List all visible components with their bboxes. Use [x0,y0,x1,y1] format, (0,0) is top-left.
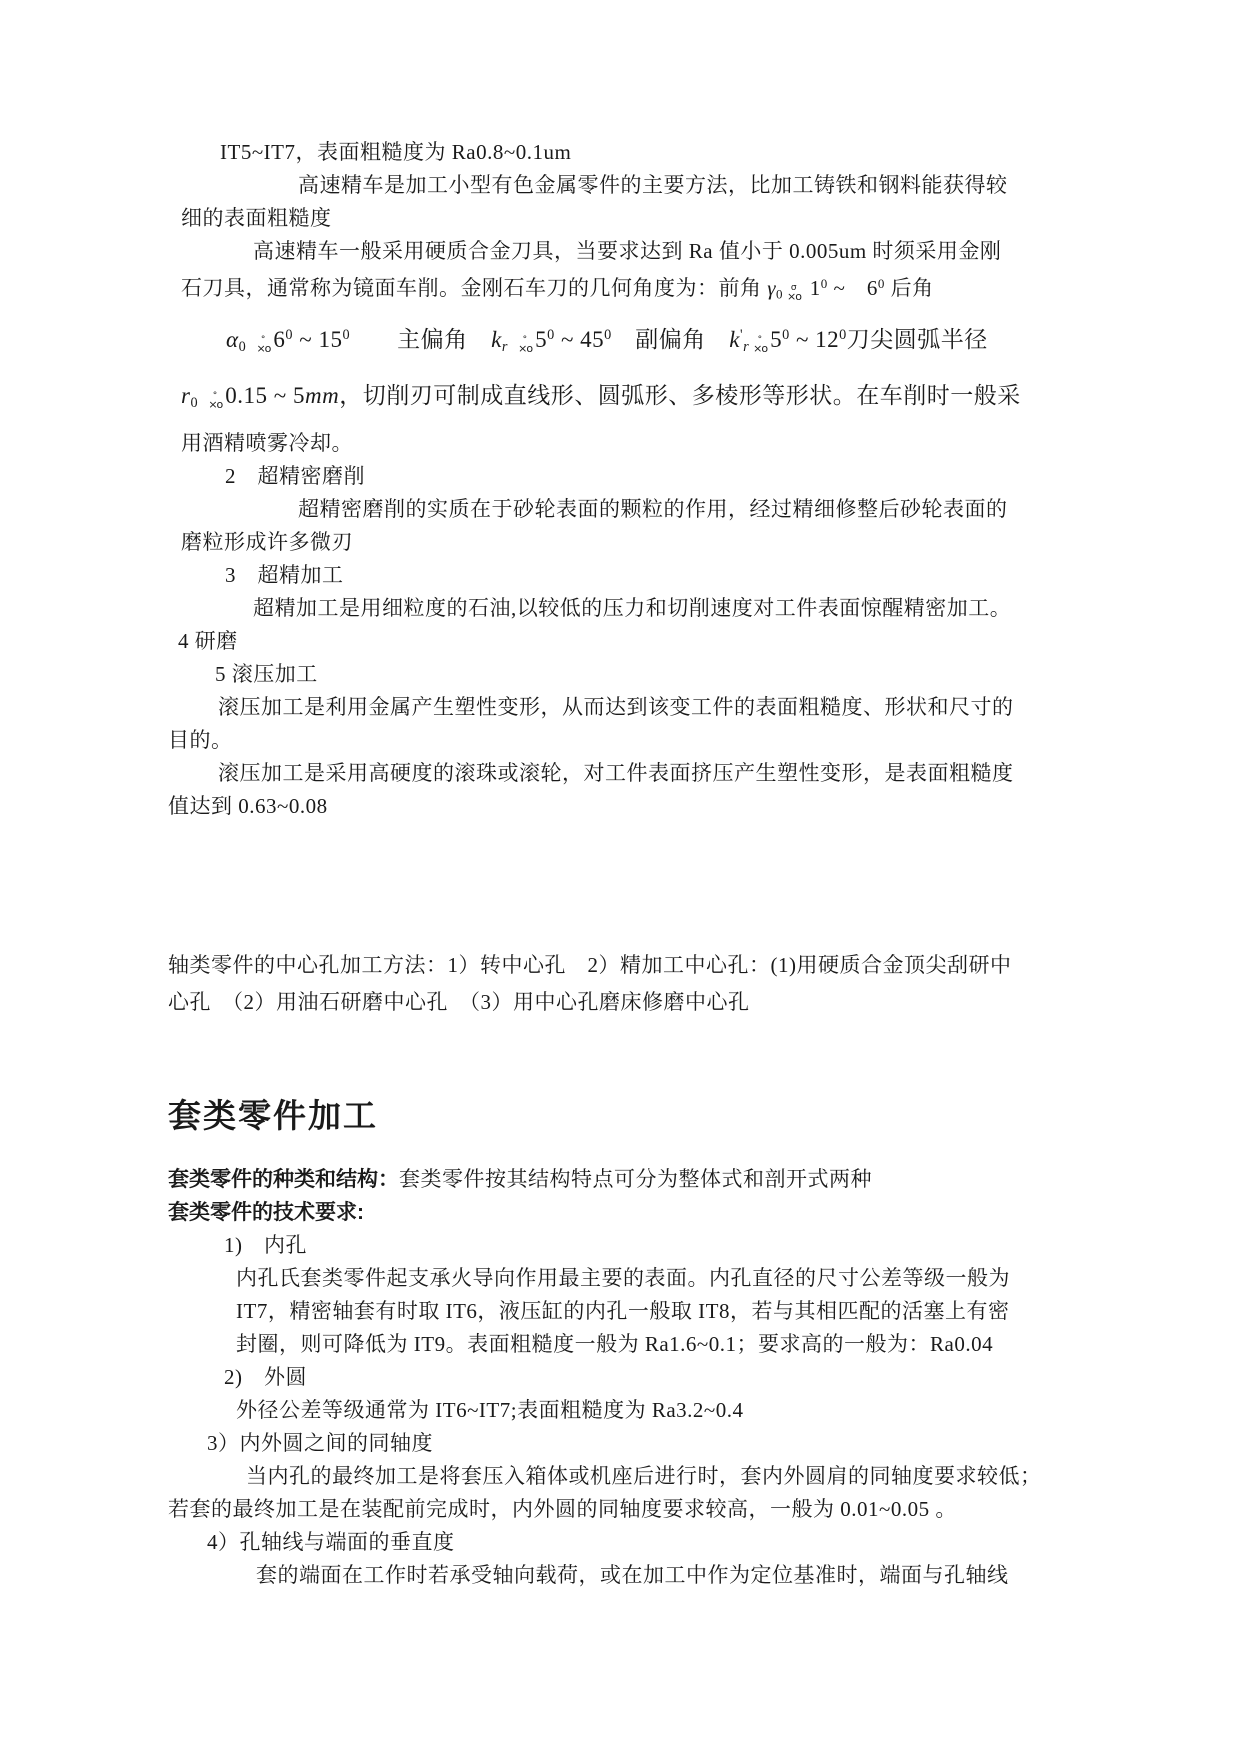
equation-field-glyph: °×o [753,337,767,353]
line-it5: IT5~IT7，表面粗糙度为 Ra0.8~0.1um [220,136,1081,169]
superscript: 0 [782,327,790,343]
superscript: 0 [839,327,847,343]
text-run: 主偏角 [350,327,491,352]
equation-glyph-bottom: ×o [256,344,270,353]
line-neikong-3: 封圈，则可降低为 IT9。表面粗糙度一般为 Ra1.6~0.1；要求高的一般为：… [236,1328,1081,1361]
line-daoju-2: 石刀具，通常称为镜面车削。金刚石车刀的几何角度为：前角 γ0σ×o 10 ~ 6… [181,272,1081,305]
text-run: 滚压加工是采用高硬度的滚珠或滚轮，对工件表面挤压产生塑性变形，是表面粗糙度 [218,761,1014,785]
text-run: α [226,327,239,352]
text-run: 套的端面在工作时若承受轴向载荷，或在加工中作为定位基准时，端面与孔轴线 [256,1563,1009,1587]
text-run: ~ 45 [555,327,604,352]
text-run: 4）孔轴线与端面的垂直度 [207,1530,455,1554]
superscript: 0 [285,327,293,343]
text-run: 超精密磨削的实质在于砂轮表面的颗粒的作用，经过精细修整后砂轮表面的 [298,497,1008,521]
text-run: 当内孔的最终加工是将套压入箱体或机座后进行时，套内外圆肩的同轴度要求较低； [246,1464,1042,1488]
text-run: IT7，精密轴套有时取 IT6，液压缸的内孔一般取 IT8，若与其相匹配的活塞上… [236,1299,1009,1323]
text-run [198,383,204,408]
equation-field-glyph: °×o [208,393,222,409]
text-run: 外径公差等级通常为 IT6~IT7;表面粗糙度为 Ra3.2~0.4 [236,1398,744,1422]
text-run: 刀尖圆弧半径 [847,327,988,352]
text-run: 石刀具，通常称为镜面车削。金刚石车刀的几何角度为：前角 [181,276,767,300]
subscript: r [502,339,508,355]
text-run: 内孔氏套类零件起支承火导向作用最主要的表面。内孔直径的尺寸公差等级一般为 [236,1266,1010,1290]
line-item2: 2 超精密磨削 [225,460,1081,493]
line-neikong-1: 内孔氏套类零件起支承火导向作用最主要的表面。内孔直径的尺寸公差等级一般为 [236,1262,1081,1295]
line-chuizhidu-1: 套的端面在工作时若承受轴向载荷，或在加工中作为定位基准时，端面与孔轴线 [256,1559,1081,1592]
text-run: 1) 内孔 [224,1233,307,1257]
equation-field-glyph: °×o [256,337,270,353]
text-run: 5 滚压加工 [215,662,318,686]
line-tongzhou-2: 若套的最终加工是在装配前完成时，内外圆的同轴度要求较高，一般为 0.01~0.0… [168,1493,1081,1526]
line-tongzhou-title: 3）内外圆之间的同轴度 [207,1427,1081,1460]
line-zhongxinkong-2: 心孔 （2）用油石研磨中心孔 （3）用中心孔磨床修磨中心孔 [168,986,1081,1019]
text-run: 目的。 [168,728,233,752]
line-neikong-title: 1) 内孔 [224,1229,1081,1262]
text-run [508,327,514,352]
text-run: 2) 外圆 [224,1365,307,1389]
text-run: 细的表面粗糙度 [181,206,332,230]
text-run: 磨粒形成许多微刃 [181,530,353,554]
line-gaosu-2: 细的表面粗糙度 [181,202,1081,235]
equation-glyph-bottom: ×o [208,400,222,409]
text-run: 1 [804,276,821,300]
line-chaojingmi-2: 磨粒形成许多微刃 [181,526,1081,559]
text-run: k [729,327,740,352]
subscript: 0 [776,287,783,302]
section-heading: 套类零件加工 [168,1095,1081,1139]
text-run: 套类零件的技术要求: [168,1201,364,1224]
text-run: 5 [535,327,547,352]
text-run: 后角 [885,276,934,300]
line-neikong-2: IT7，精密轴套有时取 IT6，液压缸的内孔一般取 IT8，若与其相匹配的活塞上… [236,1295,1081,1328]
text-run: 用酒精喷雾冷却。 [181,431,353,455]
line-gunya-4: 值达到 0.63~0.08 [168,790,1081,823]
line-item4: 4 研磨 [178,625,1081,658]
superscript: 0 [342,327,350,343]
text-run: IT5~IT7，表面粗糙度为 Ra0.8~0.1um [220,140,571,164]
line-formula-r0: r0 °×o0.15 ~ 5mm，切削刃可制成直线形、圆弧形、多棱形等形状。在车… [181,373,1081,419]
text-run: 套类零件的种类和结构： [168,1168,399,1191]
text-run: 0.15 ~ 5 [225,383,305,408]
line-gunya-3: 滚压加工是采用高硬度的滚珠或滚轮，对工件表面挤压产生塑性变形，是表面粗糙度 [218,757,1081,790]
text-run: 心孔 （2）用油石研磨中心孔 （3）用中心孔磨床修磨中心孔 [168,990,750,1014]
text-run: 值达到 0.63~0.08 [168,794,328,818]
line-formula-alpha: α0 °×o60 ~ 150 主偏角 kr °×o50 ~ 450 副偏角 k'… [226,317,1081,363]
text-run: 3）内外圆之间的同轴度 [207,1431,433,1455]
superscript: 0 [604,327,612,343]
text-run: k [491,327,502,352]
line-daoju-1: 高速精车一般采用硬质合金刀具，当要求达到 Ra 值小于 0.005um 时须采用… [253,235,1081,268]
text-run: γ [767,276,776,300]
line-waiyuan-title: 2) 外圆 [224,1361,1081,1394]
line-jishu-yaoqiu: 套类零件的技术要求: [168,1196,1081,1229]
text-run: 超精加工是用细粒度的石油,以较低的压力和切削速度对工件表面惊醒精密加工。 [253,596,1011,620]
line-chaojing-body: 超精加工是用细粒度的石油,以较低的压力和切削速度对工件表面惊醒精密加工。 [253,592,1081,625]
superscript: 0 [878,276,885,291]
text-run: 4 研磨 [178,629,238,653]
text-run: 3 超精加工 [225,563,344,587]
equation-glyph-bottom: ×o [753,344,767,353]
text-run: 2 超精密磨削 [225,464,365,488]
document-page: IT5~IT7，表面粗糙度为 Ra0.8~0.1um高速精车是加工小型有色金属零… [0,0,1241,1754]
line-jiujing: 用酒精喷雾冷却。 [181,427,1081,460]
superscript: 0 [547,327,555,343]
line-zhonglei: 套类零件的种类和结构：套类零件按其结构特点可分为整体式和剖开式两种 [168,1163,1081,1196]
text-run: ~ 15 [293,327,342,352]
line-gaosu-1: 高速精车是加工小型有色金属零件的主要方法，比加工铸铁和钢料能获得较 [298,169,1081,202]
text-run: 6 [273,327,285,352]
line-zhongxinkong-1: 轴类零件的中心孔加工方法：1）转中心孔 2）精加工中心孔：(1)用硬质合金顶尖刮… [168,949,1081,982]
text-run: 5 [770,327,782,352]
subscript: r [743,339,749,355]
equation-glyph-bottom: ×o [518,344,532,353]
line-item5: 5 滚压加工 [215,658,1081,691]
text-run: 高速精车一般采用硬质合金刀具，当要求达到 Ra 值小于 0.005um 时须采用… [253,239,1001,263]
text-run: 套类零件按其结构特点可分为整体式和剖开式两种 [399,1167,872,1191]
text-run [246,327,252,352]
text-run: ，切削刃可制成直线形、圆弧形、多棱形等形状。在车削时一般采 [339,383,1021,408]
line-item3: 3 超精加工 [225,559,1081,592]
text-run: 滚压加工是利用金属产生塑性变形，从而达到该变工件的表面粗糙度、形状和尺寸的 [218,695,1014,719]
text-run: mm [305,383,339,408]
line-gunya-2: 目的。 [168,724,1081,757]
text-run: 轴类零件的中心孔加工方法：1）转中心孔 2）精加工中心孔：(1)用硬质合金顶尖刮… [168,953,1011,977]
equation-field-glyph: °×o [518,337,532,353]
equation-glyph-bottom: ×o [787,292,801,301]
text-run: 副偏角 [612,327,730,352]
text-run: 封圈，则可降低为 IT9。表面粗糙度一般为 Ra1.6~0.1；要求高的一般为：… [236,1332,993,1356]
text-run: ~ 6 [828,276,878,300]
text-run: 套类零件加工 [168,1099,378,1135]
superscript: 0 [821,276,828,291]
line-chuizhidu-title: 4）孔轴线与端面的垂直度 [207,1526,1081,1559]
subscript: 0 [190,395,198,411]
line-waiyuan-1: 外径公差等级通常为 IT6~IT7;表面粗糙度为 Ra3.2~0.4 [236,1394,1081,1427]
text-run: 若套的最终加工是在装配前完成时，内外圆的同轴度要求较高，一般为 0.01~0.0… [168,1497,957,1521]
line-chaojingmi-1: 超精密磨削的实质在于砂轮表面的颗粒的作用，经过精细修整后砂轮表面的 [298,493,1081,526]
line-gunya-1: 滚压加工是利用金属产生塑性变形，从而达到该变工件的表面粗糙度、形状和尺寸的 [218,691,1081,724]
text-run: ~ 12 [790,327,839,352]
line-tongzhou-1: 当内孔的最终加工是将套压入箱体或机座后进行时，套内外圆肩的同轴度要求较低； [246,1460,1081,1493]
text-run: 高速精车是加工小型有色金属零件的主要方法，比加工铸铁和钢料能获得较 [298,173,1008,197]
equation-field-glyph: σ×o [787,285,801,301]
